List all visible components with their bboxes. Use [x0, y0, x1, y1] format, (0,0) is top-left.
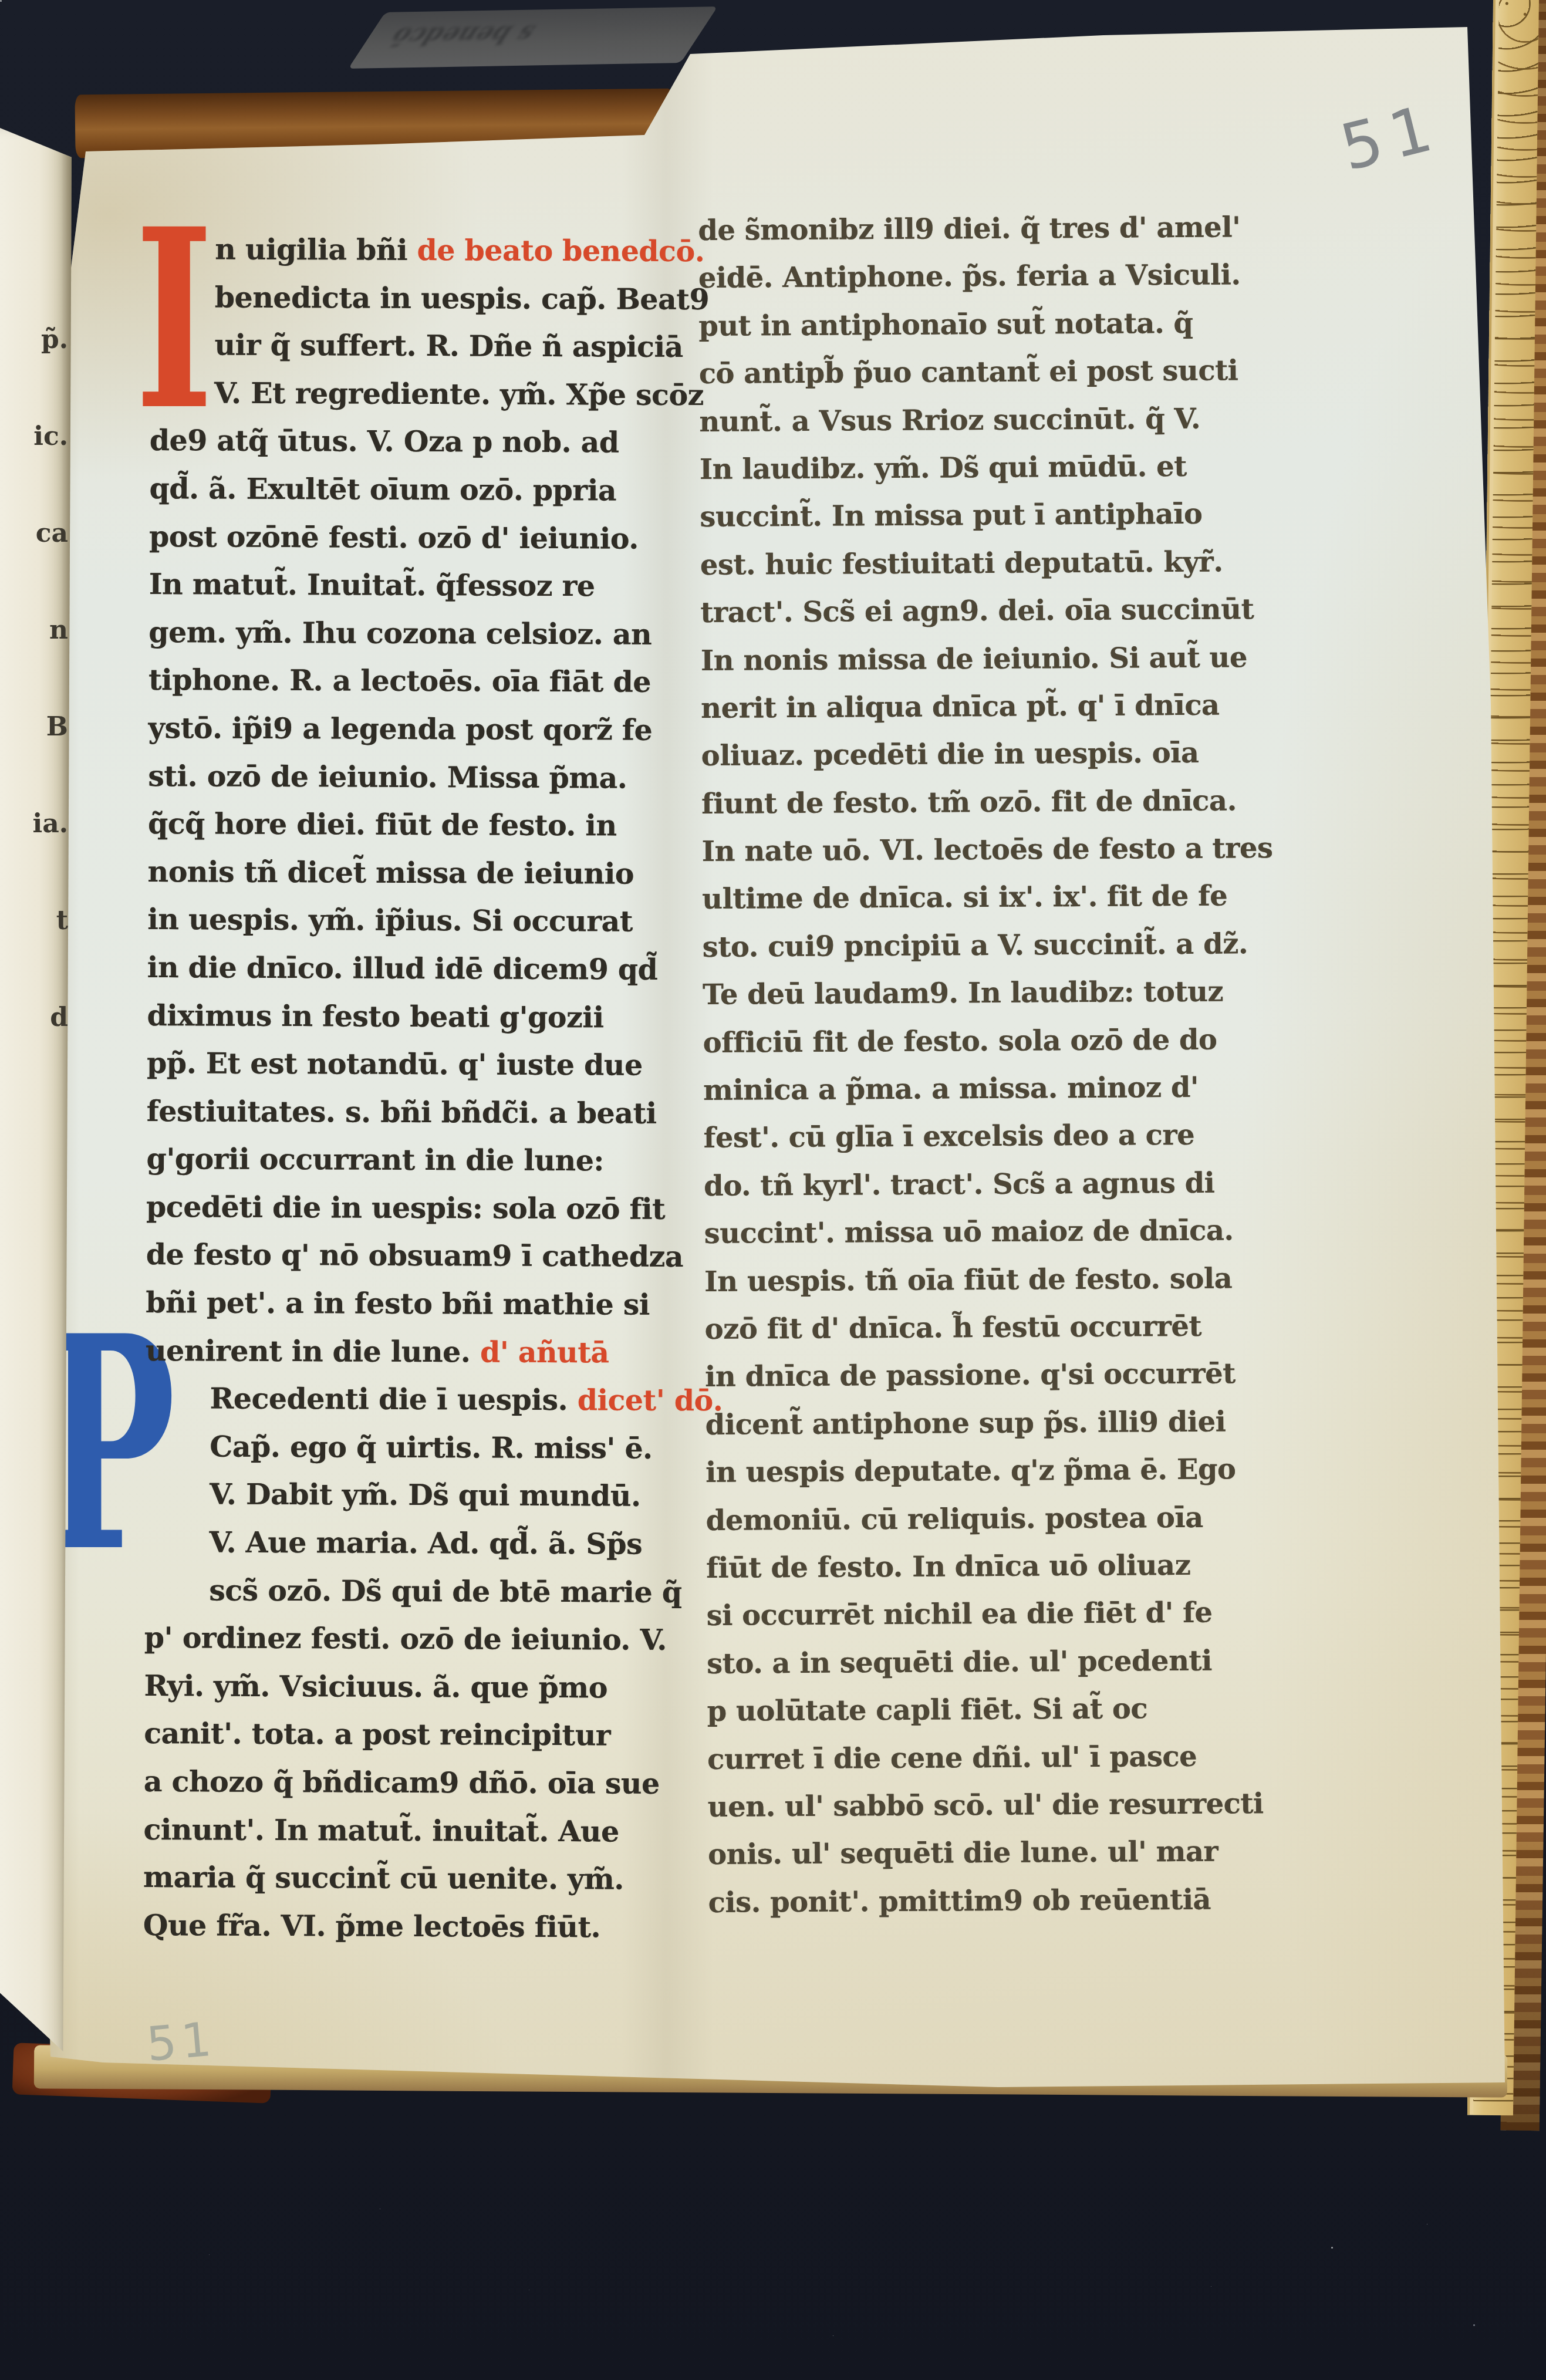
- manuscript-line: bñi pet'. a in festo bñi mathie si: [146, 1279, 674, 1329]
- text-run: onis. ul' sequēti die lune. ul' mar: [708, 1835, 1218, 1871]
- manuscript-line: g'gorii occurrant in die lune:: [146, 1135, 674, 1186]
- manuscript-line: de s̃monibz ill9 diei. q̃ tres d' amel': [698, 204, 1261, 255]
- text-run: Que fr̃a. VI. p̃me lectoēs fiūt.: [143, 1908, 601, 1944]
- margin-fragment-text: B: [46, 712, 68, 742]
- manuscript-line: cinunt'. In matut̃. inuitat̃. Aue: [143, 1806, 671, 1856]
- manuscript-line: nunt̃. a Vsus Rrioz succinūt. q̃ V.: [699, 395, 1263, 446]
- manuscript-line: ultime de dnīca. si ix'. ix'. fit de fe: [702, 873, 1265, 924]
- manuscript-line: sti. ozō de ieiunio. Missa p̃ma.: [148, 752, 676, 803]
- manuscript-line: p uolūtate capli fiēt. Si at̃ oc: [707, 1684, 1270, 1736]
- manuscript-line: Ryi. ym̃. Vsiciuus. ã. que p̃mo: [144, 1662, 672, 1713]
- text-run: Recedenti die ī uespis.: [210, 1382, 578, 1417]
- text-run: g'gorii occurrant in die lune:: [146, 1142, 604, 1177]
- text-run: In nate uō. VI. lectoēs de festo a tres: [702, 832, 1273, 868]
- text-run: nerit in aliqua dnīca pt̃. q' ī dnīca: [701, 688, 1220, 724]
- text-run: V. Et regrediente. ym̃. Xp̃e scōz: [214, 376, 704, 412]
- manuscript-line: Recedenti die ī uespis. dicet' dō.: [146, 1375, 674, 1425]
- manuscript-line: demoniū. cū reliquis. postea oīa: [706, 1494, 1269, 1545]
- manuscript-line: In uespis. tñ oīa fiūt de festo. sola: [704, 1255, 1268, 1306]
- margin-fragment-text: ca: [36, 518, 68, 548]
- manuscript-line: in uespis. ym̃. ip̃ius. Si occurat: [147, 896, 676, 946]
- manuscript-line: do. tñ kyrl'. tract'. Scs̃ a agnus di: [704, 1159, 1267, 1210]
- manuscript-line: tract'. Scs̃ ei agn9. dei. oīa succinūt: [700, 586, 1264, 637]
- manuscript-line: uir q̃ suffert. R. Dñe ñ aspiciā: [150, 321, 678, 372]
- manuscript-line: nerit in aliqua dnīca pt̃. q' ī dnīca: [701, 681, 1264, 732]
- manuscript-line: oliuaz. pcedēti die in uespis. oīa: [701, 729, 1265, 780]
- text-run: uir q̃ suffert. R. Dñe ñ aspiciā: [214, 328, 683, 364]
- text-run: n uigilia bñi: [215, 232, 417, 268]
- manuscript-line: succint'. missa uō maioz de dnīca.: [704, 1207, 1268, 1258]
- margin-fragment-text: t: [56, 906, 68, 936]
- text-run: uenirent in die lune.: [146, 1334, 480, 1369]
- text-run: scs̃ ozō. Ds̃ qui de btē marie q̃: [209, 1573, 681, 1609]
- manuscript-line: uen. ul' sabbō scō. ul' die resurrecti: [707, 1780, 1271, 1831]
- manuscript-line: nonis tñ dicet̃ missa de ieiunio: [147, 848, 676, 899]
- manuscript-photo: p̃.ic.canBia.td s benedcō 51 51 I P n ui…: [0, 0, 1546, 2380]
- manuscript-line: put in antiphonaīo sut̃ notata. q̃: [698, 299, 1262, 350]
- text-run: si occurrēt nichil ea die fiēt d' fe: [707, 1596, 1213, 1632]
- text-run: de s̃monibz ill9 diei. q̃ tres d' amel': [698, 211, 1240, 247]
- manuscript-line: In nate uō. VI. lectoēs de festo a tres: [702, 825, 1265, 876]
- text-run: bñi pet'. a in festo bñi mathie si: [146, 1285, 650, 1322]
- manuscript-line: p' ordinez festi. ozō de ieiunio. V.: [144, 1614, 673, 1665]
- text-run: In uespis. tñ oīa fiūt de festo. sola: [704, 1262, 1232, 1298]
- text-column-right: de s̃monibz ill9 diei. q̃ tres d' amel'e…: [698, 204, 1272, 1927]
- manuscript-line: officiū fit de festo. sola ozō de do: [703, 1016, 1267, 1067]
- text-run: ystō. ip̃i9 a legenda post qorz̃ fe: [148, 711, 653, 747]
- text-run: in die dnīco. illud idē dicem9 qd̃: [147, 950, 658, 987]
- manuscript-line: pcedēti die in uespis: sola ozō fit: [146, 1183, 674, 1234]
- text-run: nunt̃. a Vsus Rrioz succinūt. q̃ V.: [699, 402, 1200, 438]
- text-run: gem. ym̃. Ihu cozona celsioz. an: [148, 615, 652, 651]
- manuscript-line: de festo q' nō obsuam9 ī cathedza: [146, 1231, 674, 1282]
- text-run: oliuaz. pcedēti die in uespis. oīa: [701, 737, 1199, 772]
- text-run: de festo q' nō obsuam9 ī cathedza: [146, 1238, 684, 1274]
- manuscript-line: In matut̃. Inuitat̃. q̃fessoz re: [149, 561, 677, 611]
- text-run: succint'. missa uō maioz de dnīca.: [704, 1214, 1234, 1251]
- rubric-text-run: dicet' dō.: [578, 1383, 723, 1417]
- manuscript-line: scs̃ ozō. Ds̃ qui de btē marie q̃: [144, 1567, 673, 1617]
- manuscript-line: a chozo q̃ bñdicam9 dñō. oīa sue: [144, 1758, 672, 1808]
- text-run: eidē. Antiphone. p̃s. feria a Vsiculi.: [698, 259, 1241, 295]
- text-run: sto. cui9 pncipiū a V. succinit̃. a dz̃.: [703, 927, 1248, 964]
- manuscript-line: n uigilia bñi de beato benedcō.: [150, 225, 679, 276]
- manuscript-line: ystō. ip̃i9 a legenda post qorz̃ fe: [148, 704, 676, 755]
- manuscript-line: minica a p̃ma. a missa. minoz d': [703, 1064, 1267, 1115]
- manuscript-line: V. Dabit ym̃. Ds̃ qui mundū.: [145, 1470, 673, 1521]
- text-run: pcedēti die in uespis: sola ozō fit: [146, 1190, 665, 1226]
- manuscript-line: V. Et regrediente. ym̃. Xp̃e scōz: [150, 369, 678, 420]
- text-run: put in antiphonaīo sut̃ notata. q̃: [698, 307, 1193, 343]
- text-column-left: n uigilia bñi de beato benedcō.benedicta…: [143, 225, 679, 1952]
- dust-specks: [0, 0, 2, 2]
- text-run: a chozo q̃ bñdicam9 dñō. oīa sue: [144, 1764, 660, 1801]
- manuscript-line: In nonis missa de ieiunio. Si aut̃ ue: [701, 634, 1264, 685]
- text-run: maria q̃ succint̃ cū uenite. ym̃.: [143, 1860, 624, 1896]
- text-run: dicent̃ antiphone sup p̃s. illi9 diei: [706, 1405, 1226, 1441]
- manuscript-line: succint̃. In missa put ī antiphaīo: [700, 490, 1263, 541]
- manuscript-page: 51 51 I P n uigilia bñi de beato benedcō…: [0, 0, 1546, 2380]
- text-run: officiū fit de festo. sola ozō de do: [703, 1023, 1217, 1059]
- ghost-offset-text: s benedcō: [383, 20, 541, 51]
- text-run: tract'. Scs̃ ei agn9. dei. oīa succinūt: [700, 593, 1254, 629]
- text-run: ultime de dnīca. si ix'. ix'. fit de fe: [702, 880, 1227, 916]
- manuscript-line: in uespis deputate. q'z p̃ma ē. Ego: [706, 1446, 1269, 1497]
- rubric-text-run: de beato benedcō.: [417, 233, 705, 268]
- text-run: p' ordinez festi. ozō de ieiunio. V.: [144, 1621, 667, 1657]
- text-run: succint̃. In missa put ī antiphaīo: [700, 498, 1202, 534]
- manuscript-line: Que fr̃a. VI. p̃me lectoēs fiūt.: [143, 1902, 671, 1952]
- text-run: demoniū. cū reliquis. postea oīa: [706, 1501, 1203, 1537]
- text-run: fiūt de festo. In dnīca uō oliuaz: [706, 1549, 1190, 1585]
- text-run: cis. ponit'. pmittim9 ob reūentiā: [708, 1883, 1211, 1919]
- manuscript-line: uenirent in die lune. d' añutā: [146, 1327, 674, 1378]
- text-run: In matut̃. Inuitat̃. q̃fessoz re: [149, 567, 595, 603]
- text-run: festiuitates. s. bñi bñdc̃i. a beati: [147, 1094, 657, 1130]
- manuscript-line: gem. ym̃. Ihu cozona celsioz. an: [148, 609, 677, 659]
- manuscript-line: onis. ul' sequēti die lune. ul' mar: [708, 1828, 1271, 1879]
- manuscript-line: V. Aue maria. Ad. qd̃. ã. Sp̃s: [144, 1518, 673, 1569]
- manuscript-line: sto. cui9 pncipiū a V. succinit̃. a dz̃.: [703, 920, 1266, 971]
- manuscript-line: diximus in festo beati g'gozii: [147, 992, 675, 1042]
- manuscript-line: benedicta in uespis. cap̃. Beat9: [150, 274, 679, 324]
- margin-fragment-text: ia.: [32, 809, 68, 839]
- manuscript-line: ozō fit d' dnīca. h̃ festū occurrēt: [704, 1302, 1268, 1353]
- text-run: curret ī die cene dñi. ul' ī pasce: [707, 1740, 1197, 1775]
- text-run: canit'. tota. a post reincipitur: [144, 1716, 610, 1752]
- manuscript-line: post ozōnē festi. ozō d' ieiunio.: [149, 513, 677, 563]
- text-run: In laudibz. ym̃. Ds̃ qui mūdū. et: [700, 450, 1187, 486]
- text-run: sti. ozō de ieiunio. Missa p̃ma.: [148, 759, 627, 795]
- text-run: cinunt'. In matut̃. inuitat̃. Aue: [143, 1812, 619, 1849]
- text-run: tiphone. R. a lectoēs. oīa fiāt de: [148, 663, 651, 699]
- text-run: fest'. cū glīa ī excelsis deo a cre: [704, 1119, 1195, 1154]
- text-run: Te deū laudam9. In laudibz: totuz: [703, 975, 1223, 1011]
- manuscript-line: cis. ponit'. pmittim9 ob reūentiā: [708, 1876, 1271, 1927]
- manuscript-line: si occurrēt nichil ea die fiēt d' fe: [706, 1589, 1270, 1640]
- text-run: de9 atq̃ ūtus. V. Oza p nob. ad: [150, 423, 619, 459]
- text-run: ozō fit d' dnīca. h̃ festū occurrēt: [705, 1310, 1202, 1346]
- text-run: in uespis deputate. q'z p̃ma ē. Ego: [706, 1453, 1236, 1490]
- margin-fragment-text: ic.: [33, 421, 68, 451]
- text-run: V. Dabit ym̃. Ds̃ qui mundū.: [210, 1477, 641, 1513]
- manuscript-line: Cap̃. ego q̃ uirtis. R. miss' ē.: [145, 1423, 673, 1473]
- text-run: est. huic festiuitati deputatū. kyr̃.: [700, 545, 1223, 581]
- margin-fragment-text: d: [50, 1002, 68, 1032]
- text-run: post ozōnē festi. ozō d' ieiunio.: [149, 519, 639, 556]
- manuscript-line: est. huic festiuitati deputatū. kyr̃.: [700, 538, 1264, 589]
- manuscript-line: curret ī die cene dñi. ul' ī pasce: [707, 1733, 1271, 1784]
- manuscript-line: fest'. cū glīa ī excelsis deo a cre: [704, 1111, 1267, 1162]
- manuscript-line: de9 atq̃ ūtus. V. Oza p nob. ad: [150, 417, 678, 467]
- margin-fragment-text: p̃.: [41, 325, 68, 355]
- manuscript-line: in dnīca de passione. q'si occurrēt: [705, 1350, 1268, 1401]
- text-run: benedicta in uespis. cap̃. Beat9: [215, 280, 709, 316]
- manuscript-line: festiuitates. s. bñi bñdc̃i. a beati: [147, 1088, 675, 1138]
- manuscript-line: sto. a in sequēti die. ul' pcedenti: [707, 1637, 1270, 1688]
- manuscript-line: In laudibz. ym̃. Ds̃ qui mūdū. et: [700, 443, 1263, 494]
- manuscript-line: Te deū laudam9. In laudibz: totuz: [703, 968, 1266, 1019]
- text-run: In nonis missa de ieiunio. Si aut̃ ue: [701, 641, 1247, 677]
- text-run: V. Aue maria. Ad. qd̃. ã. Sp̃s: [209, 1525, 642, 1561]
- text-run: in uespis. ym̃. ip̃ius. Si occurat: [147, 902, 633, 939]
- text-run: nonis tñ dicet̃ missa de ieiunio: [147, 855, 634, 891]
- text-run: Ryi. ym̃. Vsiciuus. ã. que p̃mo: [144, 1669, 607, 1704]
- folio-number-pencil-top: 51: [1334, 90, 1448, 185]
- manuscript-line: maria q̃ succint̃ cū uenite. ym̃.: [143, 1854, 671, 1904]
- facing-page-edge: p̃.ic.canBia.td: [0, 128, 72, 2071]
- manuscript-line: fiūt de festo. In dnīca uō oliuaz: [706, 1541, 1270, 1592]
- manuscript-line: in die dnīco. illud idē dicem9 qd̃: [147, 944, 676, 994]
- text-run: uen. ul' sabbō scō. ul' die resurrecti: [708, 1787, 1264, 1824]
- text-run: Cap̃. ego q̃ uirtis. R. miss' ē.: [210, 1429, 653, 1465]
- text-run: do. tñ kyrl'. tract'. Scs̃ a agnus di: [704, 1166, 1215, 1202]
- manuscript-line: eidē. Antiphone. p̃s. feria a Vsiculi.: [698, 251, 1262, 302]
- rubric-text-run: d' añutā: [480, 1335, 609, 1369]
- text-run: minica a p̃ma. a missa. minoz d': [703, 1071, 1199, 1107]
- text-run: diximus in festo beati g'gozii: [147, 998, 603, 1034]
- manuscript-line: qd̃. ã. Exultēt oīum ozō. ppria: [149, 465, 677, 515]
- text-run: p uolūtate capli fiēt. Si at̃ oc: [707, 1692, 1148, 1728]
- manuscript-line: tiphone. R. a lectoēs. oīa fiāt de: [148, 656, 677, 707]
- margin-fragment-text: n: [49, 615, 68, 645]
- text-run: pp̃. Et est notandū. q' iuste due: [147, 1046, 643, 1082]
- text-run: in dnīca de passione. q'si occurrēt: [705, 1358, 1236, 1394]
- manuscript-line: dicent̃ antiphone sup p̃s. illi9 diei: [705, 1398, 1268, 1449]
- folio-number-pencil-bottom: 51: [144, 2011, 218, 2072]
- text-run: fiunt de festo. tm̃ ozō. fit de dnīca.: [701, 784, 1237, 821]
- manuscript-line: cō antipb̃ p̃uo cantant̃ ei post sucti: [699, 347, 1263, 398]
- ghost-leaf-edge: s benedcō: [348, 6, 718, 69]
- manuscript-line: canit'. tota. a post reincipitur: [144, 1710, 672, 1760]
- text-run: cō antipb̃ p̃uo cantant̃ ei post sucti: [699, 355, 1238, 391]
- manuscript-line: q̃cq̃ hore diei. fiūt de festo. in: [148, 800, 676, 850]
- manuscript-line: pp̃. Et est notandū. q' iuste due: [147, 1039, 675, 1090]
- text-run: q̃cq̃ hore diei. fiūt de festo. in: [148, 806, 617, 842]
- text-run: sto. a in sequēti die. ul' pcedenti: [707, 1644, 1212, 1680]
- manuscript-line: fiunt de festo. tm̃ ozō. fit de dnīca.: [701, 777, 1265, 828]
- text-run: qd̃. ã. Exultēt oīum ozō. ppria: [149, 471, 616, 507]
